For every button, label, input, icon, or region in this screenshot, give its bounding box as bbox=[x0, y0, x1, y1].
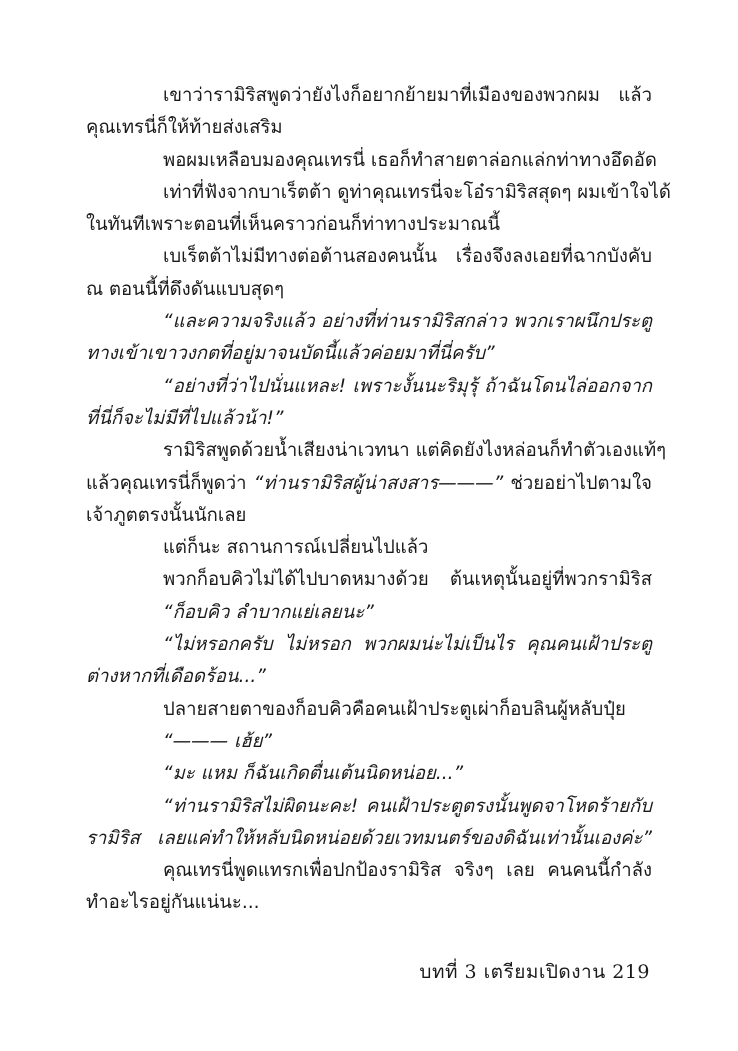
dialogue-line: “——— เฮ้ย” bbox=[86, 726, 652, 758]
text-line: พวกก็อบคิวไม่ได้ไปบาดหมางด้วย ต้นเหตุนั้… bbox=[86, 564, 652, 596]
dialogue-line: รามิริส เลยแค่ทำให้หลับนิดหน่อยด้วยเวทมน… bbox=[86, 823, 652, 855]
text-line: คุณเทรนี่พูดแทรกเพื่อปกป้องรามิริส จริงๆ… bbox=[86, 855, 652, 887]
text-line: เท่าที่ฟังจากบาเร็ตต้า ดูท่าคุณเทรนี่จะโ… bbox=[86, 177, 652, 209]
mixed-text-line: แล้วคุณเทรนี่ก็พูดว่า “ท่านรามิริสผู้น่า… bbox=[86, 468, 652, 500]
running-footer: บทที่ 3 เตรียมเปิดงาน 219 bbox=[419, 957, 650, 987]
dialogue-line: ทางเข้าเขาวงกตที่อยู่มาจนบัดนี้แล้วค่อยม… bbox=[86, 338, 652, 370]
text-line: พอผมเหลือบมองคุณเทรนี่ เธอก็ทำสายตาล่อกแ… bbox=[86, 145, 652, 177]
text-line: คุณเทรนี่ก็ให้ท้ายส่งเสริม bbox=[86, 112, 652, 144]
text-line: ปลายสายตาของก็อบคิวคือคนเฝ้าประตูเผ่าก็อ… bbox=[86, 694, 652, 726]
text-line: รามิริสพูดด้วยน้ำเสียงน่าเวทนา แต่คิดยัง… bbox=[86, 435, 652, 467]
text-line: ณ ตอนนี้ที่ดึงดันแบบสุดๆ bbox=[86, 274, 652, 306]
dialogue-line: “และความจริงแล้ว อย่างที่ท่านรามิริสกล่า… bbox=[86, 306, 652, 338]
dialogue-line: “มะ แหม ก็ฉันเกิดตื่นเต้นนิดหน่อย...” bbox=[86, 758, 652, 790]
dialogue-line: “ก็อบคิว ลำบากแย่เลยนะ” bbox=[86, 597, 652, 629]
dialogue-line: ต่างหากที่เดือดร้อน...” bbox=[86, 661, 652, 693]
text-line: เขาว่ารามิริสพูดว่ายังไงก็อยากย้ายมาที่เ… bbox=[86, 80, 652, 112]
text-line: ทำอะไรอยู่กันแน่นะ... bbox=[86, 887, 652, 919]
text-segment: แล้วคุณเทรนี่ก็พูดว่า bbox=[86, 473, 254, 494]
dialogue-line: “ไม่หรอกครับ ไม่หรอก พวกผมน่ะไม่เป็นไร ค… bbox=[86, 629, 652, 661]
text-line: เบเร็ตต้าไม่มีทางต่อต้านสองคนนั้น เรื่อง… bbox=[86, 241, 652, 273]
dialogue-line: “ท่านรามิริสไม่ผิดนะคะ! คนเฝ้าประตูตรงนั… bbox=[86, 791, 652, 823]
text-line: แต่ก็นะ สถานการณ์เปลี่ยนไปแล้ว bbox=[86, 532, 652, 564]
dialogue-line: “อย่างที่ว่าไปนั่นแหละ! เพราะงั้นนะริมุร… bbox=[86, 371, 652, 403]
text-segment: ช่วยอย่าไปตามใจ bbox=[503, 473, 652, 494]
text-line: เจ้าภูตตรงนั้นนักเลย bbox=[86, 500, 652, 532]
text-line: ในทันทีเพราะตอนที่เห็นคราวก่อนก็ท่าทางปร… bbox=[86, 209, 652, 241]
quoted-segment: “ท่านรามิริสผู้น่าสงสาร———” bbox=[254, 473, 503, 494]
dialogue-line: ที่นี่ก็จะไม่มีที่ไปแล้วน้า!” bbox=[86, 403, 652, 435]
book-page-body: เขาว่ารามิริสพูดว่ายังไงก็อยากย้ายมาที่เ… bbox=[86, 80, 652, 920]
